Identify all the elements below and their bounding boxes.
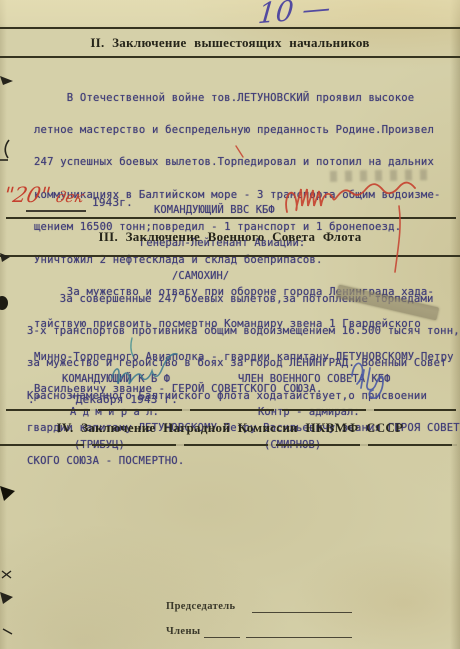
section-iv-heading: IV. Заключение Наградной Комиссии НКВМФ …: [0, 420, 460, 436]
pencil-smudge: [330, 169, 434, 182]
handwritten-page-number: 10 —: [257, 0, 332, 30]
section-ii-heading: II. Заключение вышестоящих начальников: [0, 35, 460, 51]
divider: [6, 409, 456, 411]
award-document-page: 10 — II. Заключение вышестоящих начальни…: [0, 0, 460, 649]
right-signer-title: ЧЛЕН ВОЕННОГО СОВЕТА КБФ: [238, 374, 391, 385]
signature-line: [6, 217, 456, 219]
date-underline: [26, 210, 86, 212]
smirnov-signature-block: ЧЛЕН ВОЕННОГО СОВЕТА КБФ Контр - адмирал…: [238, 352, 391, 473]
date-day: "20": [1, 183, 53, 207]
divider: [0, 444, 457, 446]
chairman-signature-line: [252, 612, 352, 613]
section-iii-heading: III. Заключение Военного Совета Флота: [0, 229, 460, 245]
body-line: 3-х транспортов противника общим водоизм…: [27, 326, 460, 337]
tributs-signature-block: КОМАНДУЮЩИЙ К Б Ф А д м и р а л: (ТРИБУЦ…: [62, 352, 170, 473]
chairman-label: Председатель: [166, 601, 236, 612]
date-year: 1943г.: [92, 196, 133, 209]
right-signer-name: (СМИРНОВ): [238, 440, 391, 451]
body-line: летное мастерство и беспредельную предан…: [34, 125, 460, 136]
body-line: В Отечественной войне тов.ЛЕТУНОВСКИЙ пр…: [34, 93, 460, 104]
left-signer-title: КОМАНДУЮЩИЙ К Б Ф: [62, 374, 170, 385]
handwritten-date: "20" дек: [1, 183, 87, 207]
divider: [0, 27, 460, 29]
body-line: 247 успешных боевых вылетов.Торпедировал…: [34, 157, 460, 168]
section-iii-date-line: ." "Декабря 1943 г.: [28, 393, 178, 406]
members-signature-line: [246, 637, 352, 638]
divider: [0, 56, 460, 58]
date-month: дек: [54, 188, 86, 206]
divider: [0, 255, 460, 257]
left-signer-name: (ТРИБУЦ): [62, 440, 170, 451]
members-signature-line: [204, 637, 240, 638]
paper-edge-marks: [0, 76, 15, 634]
commander-title: КОМАНДУЮЩИЙ ВВС КБФ: [140, 205, 305, 216]
members-label: Члены: [166, 626, 201, 637]
